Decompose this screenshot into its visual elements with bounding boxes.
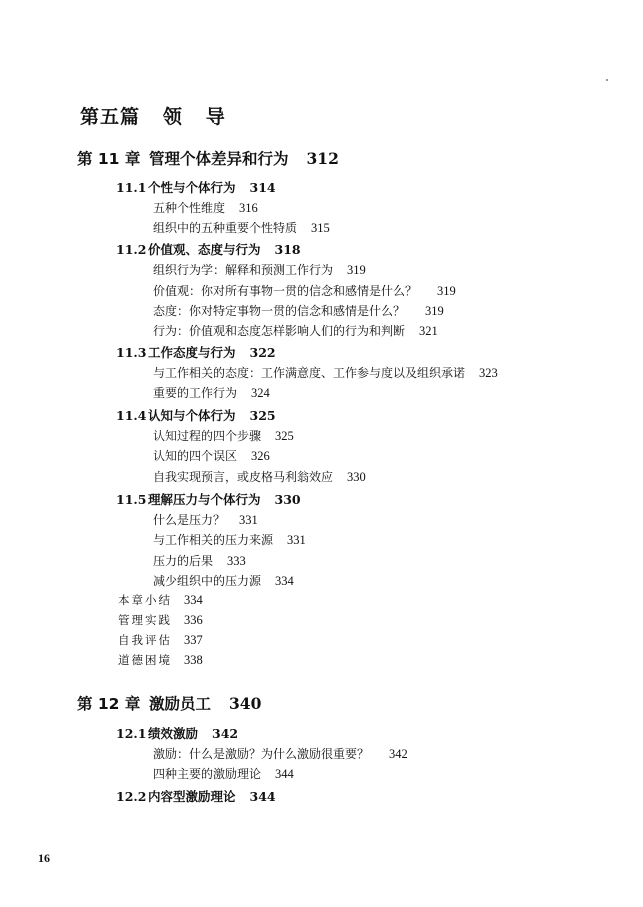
section-number: 12.2 [116, 789, 148, 804]
entry-page: 319 [347, 263, 366, 277]
section-page: 322 [250, 345, 276, 360]
section-heading[interactable]: 12.1绩效激励342 [116, 724, 238, 742]
toc-extra-practice[interactable]: 管理实践336 [118, 612, 203, 628]
entry-page: 321 [419, 324, 438, 338]
entry-title: 重要的工作行为 [153, 386, 237, 400]
toc-entry[interactable]: 行为：价值观和态度怎样影响人们的行为和判断321 [153, 322, 438, 339]
entry-title: 什么是压力？ [153, 513, 225, 527]
part-title: 第五篇 领 导 [80, 102, 226, 129]
entry-title: 减少组织中的压力源 [153, 574, 261, 588]
entry-page: 315 [311, 221, 330, 235]
toc-page: 第五篇 领 导 第 11 章管理个体差异和行为312 11.1个性与个体行为31… [0, 0, 643, 907]
entry-title: 道德困境 [118, 653, 172, 667]
entry-title: 与工作相关的态度：工作满意度、工作参与度以及组织承诺 [153, 366, 465, 380]
entry-title: 价值观：你对所有事物一贯的信念和感情是什么？ [153, 284, 417, 298]
section-page: 344 [250, 789, 276, 804]
section-title: 工作态度与行为 [148, 345, 236, 360]
chapter-page: 340 [229, 694, 261, 713]
toc-entry[interactable]: 自我实现预言，或皮格马利翁效应330 [153, 468, 366, 485]
section-heading[interactable]: 12.2内容型激励理论344 [116, 787, 276, 805]
entry-page: 342 [389, 747, 408, 761]
section-page: 314 [250, 180, 276, 195]
entry-title: 认知过程的四个步骤 [153, 429, 261, 443]
entry-page: 324 [251, 386, 270, 400]
section-heading[interactable]: 11.5理解压力与个体行为330 [116, 490, 301, 508]
toc-entry[interactable]: 组织中的五种重要个性特质315 [153, 219, 330, 236]
entry-page: 330 [347, 470, 366, 484]
entry-title: 五种个性维度 [153, 201, 225, 215]
section-page: 330 [275, 492, 301, 507]
toc-entry[interactable]: 压力的后果333 [153, 552, 246, 569]
toc-entry[interactable]: 与工作相关的压力来源331 [153, 531, 306, 548]
toc-extra-summary[interactable]: 本章小结334 [118, 592, 203, 608]
toc-extra-self-assessment[interactable]: 自我评估337 [118, 632, 203, 648]
toc-entry[interactable]: 什么是压力？331 [153, 511, 258, 528]
entry-page: 334 [275, 574, 294, 588]
entry-page: 338 [184, 653, 203, 667]
toc-entry[interactable]: 五种个性维度316 [153, 199, 258, 216]
chapter-heading[interactable]: 第 11 章管理个体差异和行为312 [77, 147, 339, 169]
entry-title: 组织行为学：解释和预测工作行为 [153, 263, 333, 277]
section-number: 11.3 [116, 345, 148, 360]
entry-page: 344 [275, 767, 294, 781]
entry-title: 激励：什么是激励？为什么激励很重要？ [153, 747, 369, 761]
toc-entry[interactable]: 认知的四个误区326 [153, 447, 270, 464]
chapter-title: 激励员工 [149, 695, 211, 713]
entry-title: 与工作相关的压力来源 [153, 533, 273, 547]
entry-page: 334 [184, 593, 203, 607]
section-page: 342 [212, 726, 238, 741]
entry-page: 331 [287, 533, 306, 547]
toc-entry[interactable]: 激励：什么是激励？为什么激励很重要？342 [153, 745, 408, 762]
entry-page: 325 [275, 429, 294, 443]
entry-page: 337 [184, 633, 203, 647]
toc-entry[interactable]: 态度：你对特定事物一贯的信念和感情是什么？319 [153, 302, 444, 319]
entry-title: 态度：你对特定事物一贯的信念和感情是什么？ [153, 304, 405, 318]
section-title: 理解压力与个体行为 [148, 492, 261, 507]
section-number: 12.1 [116, 726, 148, 741]
chapter-title: 管理个体差异和行为 [149, 150, 289, 168]
toc-entry[interactable]: 组织行为学：解释和预测工作行为319 [153, 261, 366, 278]
toc-entry[interactable]: 重要的工作行为324 [153, 384, 270, 401]
section-title: 个性与个体行为 [148, 180, 236, 195]
entry-page: 319 [425, 304, 444, 318]
entry-page: 331 [239, 513, 258, 527]
chapter-page: 312 [307, 149, 339, 168]
entry-page: 336 [184, 613, 203, 627]
section-number: 11.1 [116, 180, 148, 195]
entry-title: 自我评估 [118, 633, 172, 647]
entry-page: 326 [251, 449, 270, 463]
section-heading[interactable]: 11.3工作态度与行为322 [116, 343, 276, 361]
section-title: 价值观、态度与行为 [148, 242, 261, 257]
toc-entry[interactable]: 减少组织中的压力源334 [153, 572, 294, 589]
entry-title: 行为：价值观和态度怎样影响人们的行为和判断 [153, 324, 405, 338]
section-number: 11.5 [116, 492, 148, 507]
section-page: 325 [250, 408, 276, 423]
entry-title: 认知的四个误区 [153, 449, 237, 463]
entry-page: 319 [437, 284, 456, 298]
entry-page: 323 [479, 366, 498, 380]
toc-entry[interactable]: 认知过程的四个步骤325 [153, 427, 294, 444]
entry-title: 自我实现预言，或皮格马利翁效应 [153, 470, 333, 484]
page-number: 16 [38, 851, 50, 866]
section-heading[interactable]: 11.2价值观、态度与行为318 [116, 240, 301, 258]
section-page: 318 [275, 242, 301, 257]
section-number: 11.2 [116, 242, 148, 257]
section-heading[interactable]: 11.1个性与个体行为314 [116, 178, 276, 196]
toc-entry[interactable]: 价值观：你对所有事物一贯的信念和感情是什么？319 [153, 282, 456, 299]
section-title: 内容型激励理论 [148, 789, 236, 804]
entry-title: 压力的后果 [153, 554, 213, 568]
chapter-heading[interactable]: 第 12 章激励员工340 [77, 692, 261, 714]
entry-title: 本章小结 [118, 593, 172, 607]
entry-page: 316 [239, 201, 258, 215]
section-title: 绩效激励 [148, 726, 198, 741]
section-number: 11.4 [116, 408, 148, 423]
section-heading[interactable]: 11.4认知与个体行为325 [116, 406, 276, 424]
section-title: 认知与个体行为 [148, 408, 236, 423]
entry-page: 333 [227, 554, 246, 568]
toc-entry[interactable]: 与工作相关的态度：工作满意度、工作参与度以及组织承诺323 [153, 364, 498, 381]
scan-speck [606, 79, 608, 81]
entry-title: 组织中的五种重要个性特质 [153, 221, 297, 235]
chapter-number: 第 11 章 [77, 147, 149, 169]
toc-extra-ethics[interactable]: 道德困境338 [118, 652, 203, 668]
entry-title: 四种主要的激励理论 [153, 767, 261, 781]
chapter-number: 第 12 章 [77, 692, 149, 714]
entry-title: 管理实践 [118, 613, 172, 627]
toc-entry[interactable]: 四种主要的激励理论344 [153, 765, 294, 782]
